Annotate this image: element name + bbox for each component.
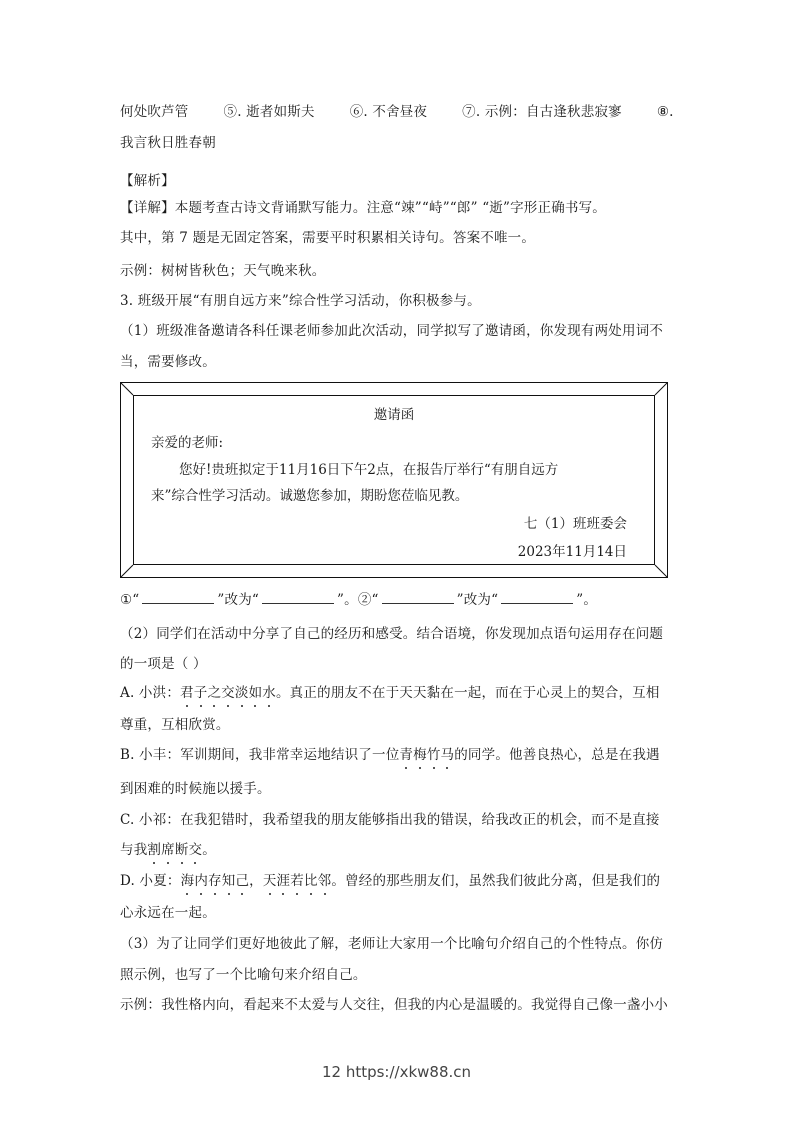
option-d-text: 。曾经的那些朋友们，虽然我们彼此分离，但是我们的 [331,873,660,889]
option-a-dotted-phrase: 君子之交淡如水 [180,685,276,701]
invitation-salutation: 亲爱的老师: [151,431,223,451]
emphasis-char: 梅 [413,746,427,764]
option-a-text: 。真正的朋友不在于天天黏在一起，而在于心灵上的契合，互相 [276,685,660,701]
option-b-prefix: B. 小丰：军训期间，我非常幸运地结识了一位 [120,747,399,763]
emphasis-char: 马 [441,746,455,764]
invitation-title: 邀请函 [121,403,667,423]
option-d-comma: ， [249,873,263,889]
emphasis-char: 比 [304,872,318,890]
emphasis-char: 若 [290,872,304,890]
answer-line-1: 何处吹芦管 ⑤. 逝者如斯夫 ⑥. 不舍昼夜 ⑦. 示例：自古逢秋悲寂寥 ⑧. [120,103,674,121]
emphasis-char: 水 [262,684,276,702]
blank-2-original-input[interactable] [382,591,454,604]
emphasis-char: 知 [222,872,236,890]
invitation-signature: 七（1）班班委会 [524,512,627,532]
blank-1-change-to: ”改为“ [217,592,259,608]
option-d-dotted-phrase-1: 海内存知己 [181,873,250,889]
option-b: B. 小丰：军训期间，我非常幸运地结识了一位青梅竹马的同学。他善良热心，总是在我… [120,746,660,764]
blank-1-original-input[interactable] [142,591,214,604]
emphasis-char: 之 [207,684,221,702]
detail-line-3: 示例：树树皆秋色；天气晚来秋。 [120,262,326,280]
emphasis-char: 青 [399,746,413,764]
emphasis-char: 淡 [235,684,249,702]
part-2-line-2: 的一项是（ ） [120,655,207,673]
option-b-text: 的同学。他善良热心，总是在我遇 [454,747,660,763]
answer-4-tail: 何处吹芦管 [120,104,189,120]
emphasis-char: 邻 [318,872,332,890]
question-3-title: 3. 班级开展“有朋自远方来”综合性学习活动，你积极参与。 [120,292,481,310]
emphasis-char: 割 [147,841,161,859]
answer-line-2: 我言秋日胜春朝 [120,134,216,152]
emphasis-char: 断 [175,841,189,859]
emphasis-char: 海 [181,872,195,890]
emphasis-char: 君 [180,684,194,702]
option-c-end: 。 [202,842,216,858]
part-3-line-1: （3）为了让同学们更好地彼此了解，老师让大家用一个比喻句介绍自己的个性特点。你仿 [120,935,663,953]
option-c: C. 小祁：在我犯错时，我希望我的朋友能够指出我的错误，给我改正的机会，而不是直… [120,811,660,829]
option-a-line-2: 尊重，互相欣赏。 [120,716,230,734]
option-c-prefix: 与我 [120,842,147,858]
invitation-frame: 邀请函 亲爱的老师: 您好!贵班拟定于11月16日下午2点，在报告厅举行“有朋自… [120,382,668,578]
emphasis-char: 内 [194,872,208,890]
option-b-line-2: 到困难的时候施以援手。 [120,780,271,798]
fill-blank-line: ①“”改为“”。②“”改为“”。 [120,591,597,609]
option-d-line-2: 心永远在一起。 [120,904,216,922]
part-2-line-1: （2）同学们在活动中分享了自己的经历和感受。结合语境，你发现加点语句运用存在问题 [120,625,663,643]
emphasis-char: 交 [189,841,203,859]
emphasis-char: 子 [194,684,208,702]
blank-2-open: ”。②“ [337,592,379,608]
emphasis-char: 涯 [277,872,291,890]
emphasis-char: 席 [161,841,175,859]
detail-line-2: 其中，第 7 题是无固定答案，需要平时积累相关诗句。答案不唯一。 [120,229,535,247]
option-a-prefix: A. 小洪： [120,685,180,701]
part-1-line-1: （1）班级准备邀请各科任课老师参加此次活动，同学拟写了邀请函，你发现有两处用词不 [120,322,663,340]
blank-2-close: ”。 [576,592,597,608]
invitation-body-line-1: 您好!贵班拟定于11月16日下午2点，在报告厅举行“有朋自远方 [179,458,558,478]
answer-5: ⑤. 逝者如斯夫 [224,104,315,120]
answer-6: ⑥. 不舍昼夜 [350,104,427,120]
emphasis-char: 己 [235,872,249,890]
detail-line-1: 【详解】本题考查古诗文背诵默写能力。注意“竦”“峙”“郎” “逝”字形正确书写。 [120,199,606,217]
emphasis-char: 存 [208,872,222,890]
part-1-line-2: 当，需要修改。 [120,353,216,371]
emphasis-char: 竹 [427,746,441,764]
emphasis-char: 天 [263,872,277,890]
analysis-heading: 【解析】 [120,172,175,190]
option-b-dotted-phrase: 青梅竹马 [399,747,454,763]
invitation-body-line-2: 来”综合性学习活动。诚邀您参加，期盼您莅临见教。 [151,484,468,504]
blank-1-open: ①“ [120,592,139,608]
option-c-dotted-phrase: 割席断交 [147,842,202,858]
option-d-prefix: D. 小夏： [120,873,181,889]
emphasis-char: 交 [221,684,235,702]
page-footer: 12 https://xkw88.cn [0,1063,793,1081]
blank-2-corrected-input[interactable] [501,591,573,604]
blank-2-change-to: ”改为“ [457,592,499,608]
option-c-line-2: 与我割席断交。 [120,841,216,859]
example-line: 示例：我性格内向，看起来不太爱与人交往，但我的内心是温暖的。我觉得自己像一盏小小 [120,996,668,1014]
emphasis-char: 如 [249,684,263,702]
invitation-date: 2023年11月14日 [518,540,627,560]
part-3-line-2: 照示例，也写了一个比喻句来介绍自己。 [120,966,367,984]
option-d: D. 小夏：海内存知己，天涯若比邻。曾经的那些朋友们，虽然我们彼此分离，但是我们… [120,872,660,890]
option-d-dotted-phrase-2: 天涯若比邻 [263,873,332,889]
blank-1-corrected-input[interactable] [262,591,334,604]
option-a: A. 小洪：君子之交淡如水。真正的朋友不在于天天黏在一起，而在于心灵上的契合，互… [120,684,660,702]
answer-8-number: ⑧. [657,104,674,120]
answer-7: ⑦. 示例：自古逢秋悲寂寥 [462,104,622,120]
